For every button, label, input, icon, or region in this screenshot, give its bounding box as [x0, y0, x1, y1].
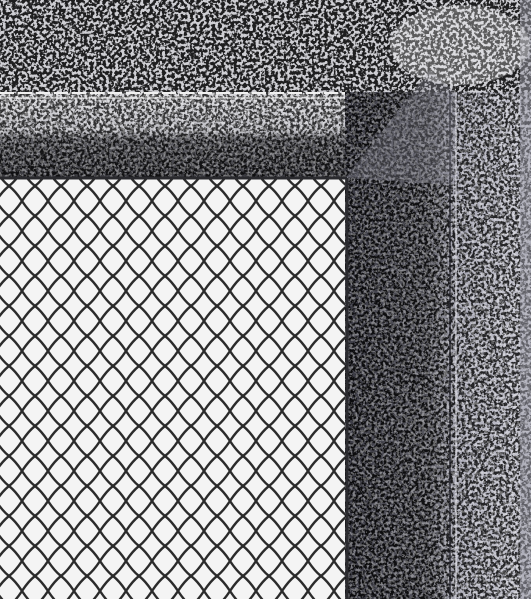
grille-corner-photo — [0, 0, 531, 599]
wire-mesh — [0, 178, 350, 599]
